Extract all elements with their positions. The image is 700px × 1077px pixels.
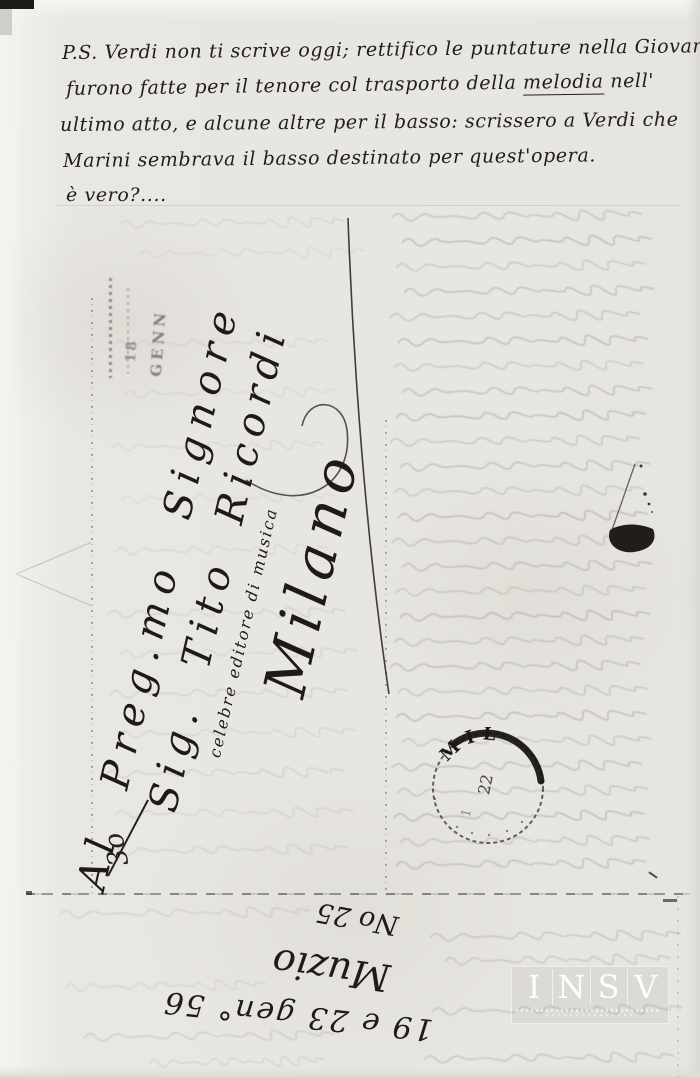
watermark-caption-line-2 xyxy=(546,1014,635,1016)
postscript-underlined-word: melodia xyxy=(523,70,604,95)
postscript-line-5: è vero?.... xyxy=(66,184,167,206)
scan-edge-left xyxy=(0,0,26,1077)
watermark-letter-s: S xyxy=(590,969,627,1005)
postal-rate-mark: 3o xyxy=(84,792,184,892)
fold-crease-vertical-right xyxy=(677,896,679,1077)
scan-corner-mark xyxy=(0,0,34,9)
scan-tick-3 xyxy=(26,891,32,895)
svg-text:MIL: MIL xyxy=(436,727,503,766)
insv-watermark: I N S V xyxy=(511,966,669,1024)
rate-mark-value: 3o xyxy=(98,830,135,869)
scan-edge-right xyxy=(686,0,700,1077)
watermark-caption-line xyxy=(516,1009,658,1012)
arrival-stamp-letters: MIL xyxy=(436,727,503,766)
ink-blot xyxy=(595,450,665,560)
scan-corner-shadow xyxy=(0,9,12,35)
watermark-letter-v: V xyxy=(627,969,664,1005)
watermark-letter-i: I xyxy=(516,969,552,1005)
arrival-postmark-milano: MIL 22 1 xyxy=(427,727,549,849)
arrival-stamp-day: 22 xyxy=(474,773,497,797)
scan-edge-bottom xyxy=(0,1067,700,1077)
letter-scan-page: P.S. Verdi non ti scrive oggi; rettifico… xyxy=(0,0,700,1077)
stamp-speckles xyxy=(434,798,523,836)
arrival-stamp-digit: 1 xyxy=(459,807,475,818)
scan-tick-2 xyxy=(663,899,677,902)
scan-edge-top xyxy=(0,0,700,20)
watermark-letters: I N S V xyxy=(516,969,664,1005)
watermark-letter-n: N xyxy=(552,969,589,1005)
postscript-line-2-end: nell' xyxy=(603,70,654,93)
